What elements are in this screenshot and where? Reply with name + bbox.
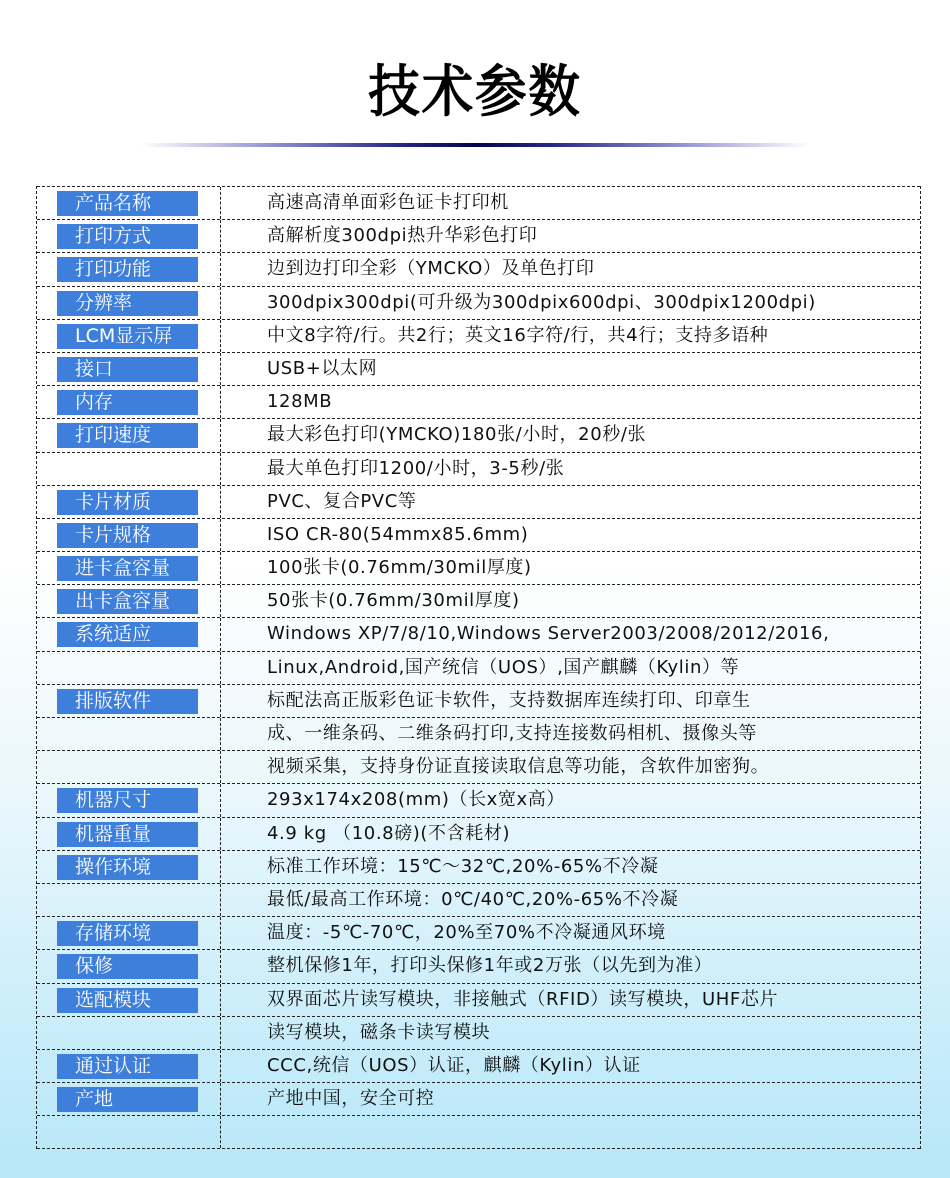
spec-label-cell: 产地 <box>37 1083 221 1115</box>
spec-value: 128MB <box>221 386 920 418</box>
spec-value: 成、一维条码、二维条码打印,支持连接数码相机、摄像头等 <box>221 718 920 750</box>
spec-label-cell: 打印方式 <box>37 220 221 252</box>
spec-row: 系统适应Windows XP/7/8/10,Windows Server2003… <box>37 617 920 650</box>
spec-label: 内存 <box>57 390 198 415</box>
spec-label: 出卡盒容量 <box>57 589 198 614</box>
spec-row: 打印功能边到边打印全彩（YMCKO）及单色打印 <box>37 252 920 285</box>
spec-row: 打印速度最大彩色打印(YMCKO)180张/小时，20秒/张 <box>37 418 920 451</box>
spec-label-cell: 分辨率 <box>37 287 221 319</box>
spec-label-cell: 排版软件 <box>37 685 221 717</box>
spec-value: 温度：-5℃-70℃，20%至70%不冷凝通风环境 <box>221 917 920 949</box>
spec-value: 边到边打印全彩（YMCKO）及单色打印 <box>221 253 920 285</box>
spec-label-cell <box>37 453 221 485</box>
spec-label-cell: 出卡盒容量 <box>37 585 221 617</box>
spec-value: 中文8字符/行。共2行；英文16字符/行，共4行；支持多语种 <box>221 320 920 352</box>
spec-value: Windows XP/7/8/10,Windows Server2003/200… <box>221 618 920 650</box>
spec-label: 通过认证 <box>57 1054 198 1079</box>
spec-row: 产地产地中国，安全可控 <box>37 1082 920 1115</box>
spec-value: Linux,Android,国产统信（UOS）,国产麒麟（Kylin）等 <box>221 652 920 684</box>
spec-value: 4.9 kg （10.8磅)(不含耗材) <box>221 818 920 850</box>
spec-row: 出卡盒容量50张卡(0.76mm/30mil厚度) <box>37 584 920 617</box>
spec-label-cell: 存储环境 <box>37 917 221 949</box>
spec-label: 打印方式 <box>57 224 198 249</box>
spec-row: 排版软件标配法高正版彩色证卡软件，支持数据库连续打印、印章生 <box>37 684 920 717</box>
spec-row: 接口USB+以太网 <box>37 352 920 385</box>
spec-label-cell <box>37 652 221 684</box>
spec-label-cell: 机器重量 <box>37 818 221 850</box>
spec-label: 打印速度 <box>57 423 198 448</box>
spec-label-cell <box>37 751 221 783</box>
spec-row: Linux,Android,国产统信（UOS）,国产麒麟（Kylin）等 <box>37 651 920 684</box>
spec-value: 产地中国，安全可控 <box>221 1083 920 1115</box>
spec-label-cell: 系统适应 <box>37 618 221 650</box>
spec-label-cell: 操作环境 <box>37 851 221 883</box>
spec-label: 打印功能 <box>57 257 198 282</box>
spec-row: 产品名称高速高清单面彩色证卡打印机 <box>37 186 920 219</box>
spec-label-cell: 进卡盒容量 <box>37 552 221 584</box>
spec-label-cell: 卡片材质 <box>37 486 221 518</box>
spec-label-cell <box>37 1116 221 1148</box>
spec-table: 产品名称高速高清单面彩色证卡打印机打印方式高解析度300dpi热升华彩色打印打印… <box>36 186 921 1149</box>
spec-row: 最大单色打印1200/小时，3-5秒/张 <box>37 452 920 485</box>
spec-row: 卡片材质PVC、复合PVC等 <box>37 485 920 518</box>
spec-value: 视频采集，支持身份证直接读取信息等功能，含软件加密狗。 <box>221 751 920 783</box>
spec-row: 打印方式高解析度300dpi热升华彩色打印 <box>37 219 920 252</box>
spec-label: 保修 <box>57 954 198 979</box>
spec-label: 机器重量 <box>57 822 198 847</box>
spec-row: 最低/最高工作环境：0℃/40℃,20%-65%不冷凝 <box>37 883 920 916</box>
spec-label-cell <box>37 1017 221 1049</box>
spec-row: 机器重量4.9 kg （10.8磅)(不含耗材) <box>37 817 920 850</box>
spec-row: LCM显示屏中文8字符/行。共2行；英文16字符/行，共4行；支持多语种 <box>37 319 920 352</box>
spec-label: 产品名称 <box>57 191 198 216</box>
spec-value: 读写模块，磁条卡读写模块 <box>221 1017 920 1049</box>
spec-label: 分辨率 <box>57 291 198 316</box>
spec-value: CCC,统信（UOS）认证，麒麟（Kylin）认证 <box>221 1050 920 1082</box>
spec-label: 产地 <box>57 1087 198 1112</box>
spec-row: 成、一维条码、二维条码打印,支持连接数码相机、摄像头等 <box>37 717 920 750</box>
spec-label: 选配模块 <box>57 988 198 1013</box>
spec-value: 整机保修1年，打印头保修1年或2万张（以先到为准） <box>221 950 920 982</box>
page-title: 技术参数 <box>38 58 912 128</box>
spec-value: 最大彩色打印(YMCKO)180张/小时，20秒/张 <box>221 419 920 451</box>
spec-label-cell: 选配模块 <box>37 984 221 1016</box>
spec-value: 最大单色打印1200/小时，3-5秒/张 <box>221 453 920 485</box>
spec-row: 视频采集，支持身份证直接读取信息等功能，含软件加密狗。 <box>37 750 920 783</box>
spec-value: 标准工作环境：15℃～32℃,20%-65%不冷凝 <box>221 851 920 883</box>
spec-value: 50张卡(0.76mm/30mil厚度) <box>221 585 920 617</box>
spec-label-cell: 通过认证 <box>37 1050 221 1082</box>
spec-label-cell: 内存 <box>37 386 221 418</box>
spec-value: 最低/最高工作环境：0℃/40℃,20%-65%不冷凝 <box>221 884 920 916</box>
spec-row: 进卡盒容量100张卡(0.76mm/30mil厚度) <box>37 551 920 584</box>
spec-value: 高速高清单面彩色证卡打印机 <box>221 187 920 219</box>
spec-row: 机器尺寸293x174x208(mm)（长x宽x高） <box>37 783 920 816</box>
spec-label-cell: 机器尺寸 <box>37 784 221 816</box>
spec-label: LCM显示屏 <box>57 324 198 349</box>
spec-value: 300dpix300dpi(可升级为300dpix600dpi、300dpix1… <box>221 287 920 319</box>
spec-row: 选配模块双界面芯片读写模块，非接触式（RFID）读写模块，UHF芯片 <box>37 983 920 1016</box>
spec-label: 卡片规格 <box>57 523 198 548</box>
spec-row: 内存128MB <box>37 385 920 418</box>
spec-value: 标配法高正版彩色证卡软件，支持数据库连续打印、印章生 <box>221 685 920 717</box>
spec-value: 100张卡(0.76mm/30mil厚度) <box>221 552 920 584</box>
spec-value: 高解析度300dpi热升华彩色打印 <box>221 220 920 252</box>
spec-label-cell: 打印速度 <box>37 419 221 451</box>
spec-value: PVC、复合PVC等 <box>221 486 920 518</box>
spec-value: ISO CR-80(54mmx85.6mm) <box>221 519 920 551</box>
spec-row: 保修整机保修1年，打印头保修1年或2万张（以先到为准） <box>37 949 920 982</box>
spec-label: 存储环境 <box>57 921 198 946</box>
spec-row: 操作环境标准工作环境：15℃～32℃,20%-65%不冷凝 <box>37 850 920 883</box>
spec-row: 分辨率300dpix300dpi(可升级为300dpix600dpi、300dp… <box>37 286 920 319</box>
spec-label-cell: 接口 <box>37 353 221 385</box>
spec-row: 存储环境温度：-5℃-70℃，20%至70%不冷凝通风环境 <box>37 916 920 949</box>
spec-label-cell: 保修 <box>37 950 221 982</box>
spec-row <box>37 1115 920 1149</box>
spec-value <box>221 1116 920 1148</box>
spec-value: USB+以太网 <box>221 353 920 385</box>
spec-label: 卡片材质 <box>57 490 198 515</box>
spec-row: 卡片规格ISO CR-80(54mmx85.6mm) <box>37 518 920 551</box>
spec-row: 读写模块，磁条卡读写模块 <box>37 1016 920 1049</box>
spec-value: 293x174x208(mm)（长x宽x高） <box>221 784 920 816</box>
spec-label-cell: 卡片规格 <box>37 519 221 551</box>
spec-label-cell <box>37 884 221 916</box>
spec-label: 排版软件 <box>57 689 198 714</box>
spec-label-cell: LCM显示屏 <box>37 320 221 352</box>
spec-label: 接口 <box>57 357 198 382</box>
spec-label: 进卡盒容量 <box>57 556 198 581</box>
spec-row: 通过认证CCC,统信（UOS）认证，麒麟（Kylin）认证 <box>37 1049 920 1082</box>
title-divider <box>140 143 810 147</box>
spec-label: 机器尺寸 <box>57 788 198 813</box>
spec-label-cell: 打印功能 <box>37 253 221 285</box>
spec-label: 操作环境 <box>57 855 198 880</box>
spec-label: 系统适应 <box>57 622 198 647</box>
spec-label-cell <box>37 718 221 750</box>
spec-label-cell: 产品名称 <box>37 187 221 219</box>
spec-value: 双界面芯片读写模块，非接触式（RFID）读写模块，UHF芯片 <box>221 984 920 1016</box>
